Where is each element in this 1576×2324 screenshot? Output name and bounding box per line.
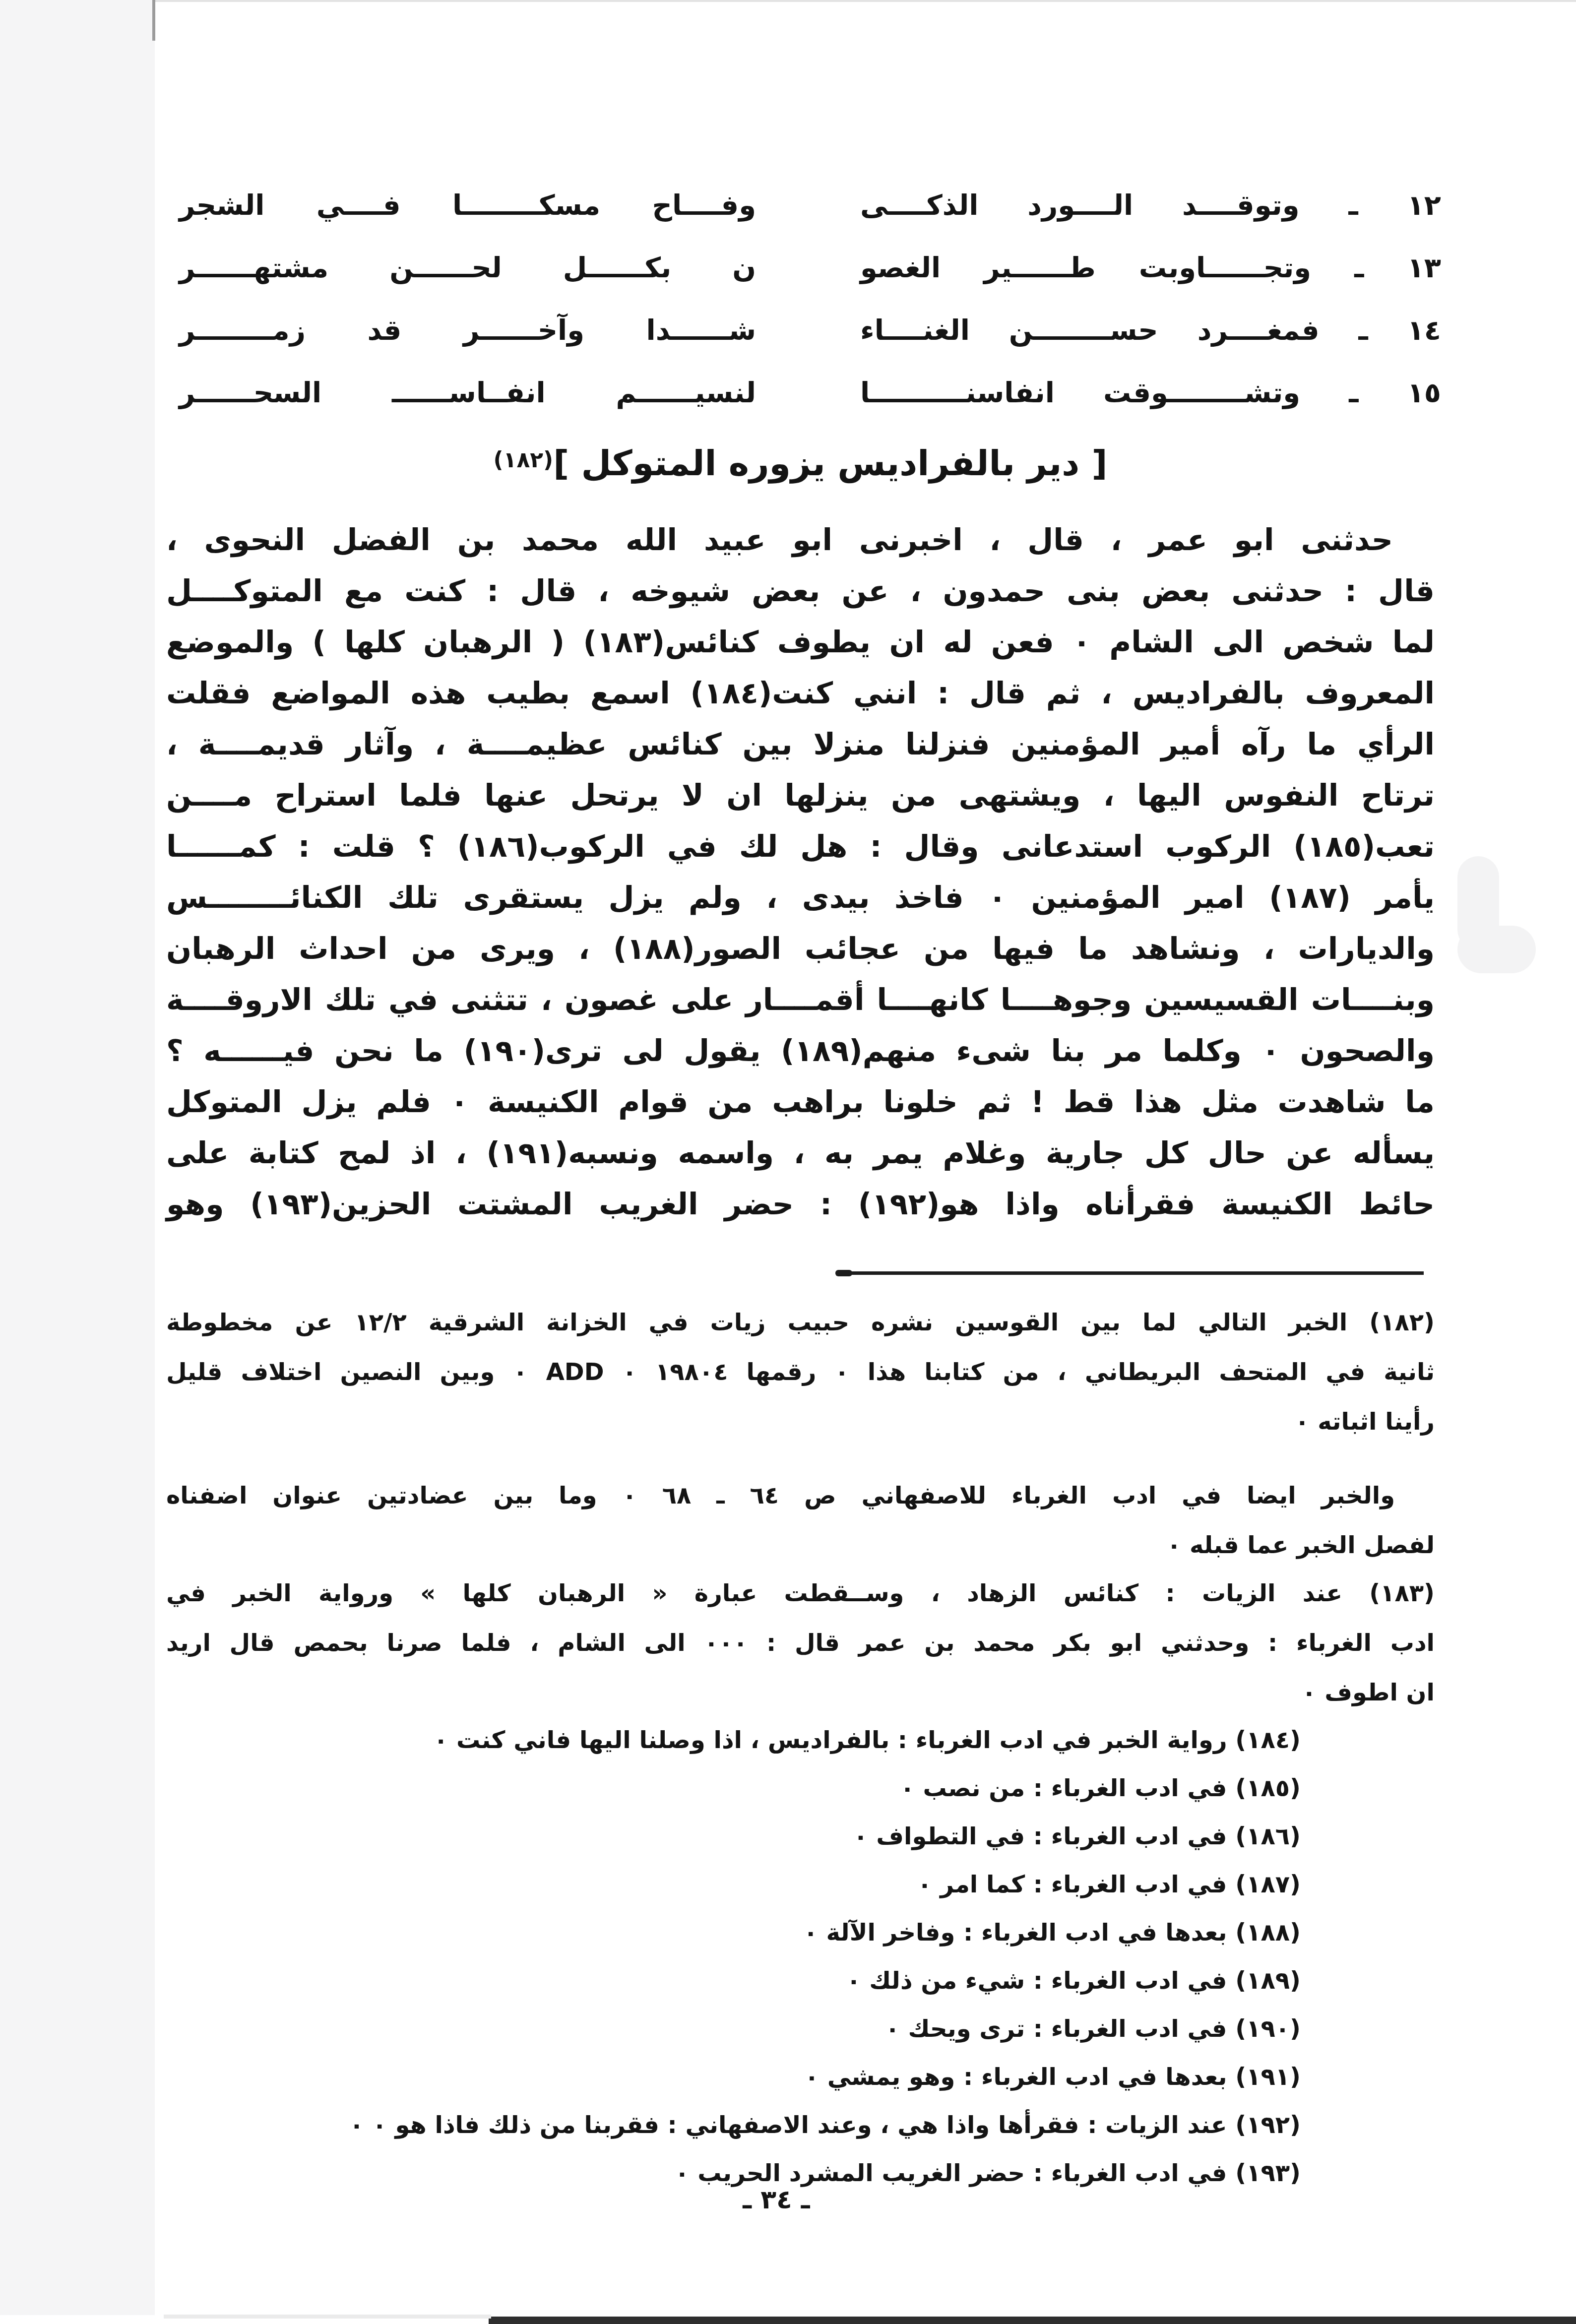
page-number: ـ ٣٤ ـ xyxy=(694,2184,858,2216)
bottom-scan-streak xyxy=(164,2315,491,2319)
prose-line: حائط الكنيسة فقرأناه واذا هو(١٩٢) : حضر … xyxy=(166,1179,1435,1230)
footnote-list: (١٨٤) رواية الخبر في ادب الغرباء : بالفر… xyxy=(166,1716,1435,2198)
hemistich-right: ١٣ ـ وتجــــــاوبت طــــــير الغصو xyxy=(860,237,1441,300)
footnote-divider-tip xyxy=(835,1270,852,1276)
scanned-book-page: { "colors": { "ink": "#141414", "paper":… xyxy=(0,0,1576,2324)
footnote-182: (١٨٢) الخبر التالي لما بين القوسين نشره … xyxy=(166,1298,1435,1446)
poem-block: ١٢ ـ وتوقــــد الــــورد الذكــــى وفـــ… xyxy=(166,175,1435,426)
footnote-item: (١٩٢) عند الزيات : فقرأها واذا هي ، وعند… xyxy=(166,2101,1435,2149)
footnote-item: (١٩٠) في ادب الغرباء : ترى ويحك ٠ xyxy=(166,2005,1435,2053)
footnote-item: (١٨٩) في ادب الغرباء : شيء من ذلك ٠ xyxy=(166,1957,1435,2005)
prose-line: حدثنى ابو عمر ، قال ، اخبرنى ابو عبيد ال… xyxy=(166,515,1435,566)
footnote-divider-rule xyxy=(838,1271,1424,1275)
hemistich-right: ١٥ ـ وتشــــــــوقت انفاسنــــــــــا xyxy=(860,362,1441,425)
prose-line: يسأله عن حال كل جارية وغلام يمر به ، واس… xyxy=(166,1128,1435,1179)
poem-verse-row: ١٣ ـ وتجــــــاوبت طــــــير الغصو ن بكـ… xyxy=(166,237,1435,300)
hemistich-left: وفــــاح مسكــــــــا فــــي الشجر xyxy=(179,175,756,237)
poem-verse-row: ١٥ ـ وتشــــــــوقت انفاسنــــــــــا لن… xyxy=(166,362,1435,425)
footnote-line: (١٨٣) عند الزيات : كنائس الزهاد ، وســقط… xyxy=(166,1569,1435,1618)
poem-verse-row: ١٤ ـ فمغــــرد حســــــــن الغنــــاء شـ… xyxy=(166,300,1435,362)
top-edge-hairline xyxy=(155,0,1576,2)
section-title-footnote-ref: (١٨٢) xyxy=(493,447,553,473)
prose-line: ترتاح النفوس اليها ، ويشتهى من ينزلها ان… xyxy=(166,770,1435,821)
footnote-183: (١٨٣) عند الزيات : كنائس الزهاد ، وســقط… xyxy=(166,1569,1435,1717)
prose-line: يأمر (١٨٧) امير المؤمنين ٠ فاخذ بيدى ، و… xyxy=(166,873,1435,924)
page-edge-tick-mark xyxy=(152,0,155,41)
footnote-line: والخبر ايضا في ادب الغرباء للاصفهاني ص ٦… xyxy=(166,1471,1435,1520)
section-title-text: [ دير بالفراديس يزوره المتوكل ] xyxy=(553,443,1107,484)
hemistich-left: شــــــدا وآخــــــر قد زمــــــــر xyxy=(179,300,756,362)
prose-line: وبنــــات القسيسين وجوهــــا كانهــــا أ… xyxy=(166,975,1435,1026)
footnote-item: (١٨٧) في ادب الغرباء : كما امر ٠ xyxy=(166,1861,1435,1909)
footnote-item: (١٨٦) في ادب الغرباء : في التطواف ٠ xyxy=(166,1813,1435,1861)
prose-line: الرأي ما رآه أمير المؤمنين فنزلنا منزلا … xyxy=(166,719,1435,770)
prose-line: تعب(١٨٥) الركوب استدعانى وقال : هل لك في… xyxy=(166,821,1435,873)
prose-line: ما شاهدت مثل هذا قط ! ثم خلونا براهب من … xyxy=(166,1077,1435,1128)
footnote-line: ثانية في المتحف البريطاني ، من كتابنا هذ… xyxy=(166,1347,1435,1397)
hemistich-left: لنسيــــــم انفــاســــــ السحــــــر xyxy=(179,362,756,425)
prose-line: قال : حدثنى بعض بنى حمدون ، عن بعض شيوخه… xyxy=(166,566,1435,617)
prose-line: لما شخص الى الشام ٠ فعن له ان يطوف كنائس… xyxy=(166,617,1435,668)
section-title: [ دير بالفراديس يزوره المتوكل ](١٨٢) xyxy=(166,431,1435,493)
footnote-line: (١٨٢) الخبر التالي لما بين القوسين نشره … xyxy=(166,1298,1435,1347)
footnote-item: (١٨٨) بعدها في ادب الغرباء : وفاخر الآلة… xyxy=(166,1909,1435,1957)
footnote-line: لفصل الخبر عما قبله ٠ xyxy=(166,1520,1435,1570)
hemistich-left: ن بكــــــل لحــــــن مشتهــــــر xyxy=(179,237,756,300)
footnote-item: (١٩١) بعدها في ادب الغرباء : وهو يمشي ٠ xyxy=(166,2053,1435,2101)
footnote-line: رأينا اثباته ٠ xyxy=(166,1397,1435,1446)
left-margin-shadow xyxy=(0,0,155,2315)
footnote-item: (١٨٤) رواية الخبر في ادب الغرباء : بالفر… xyxy=(166,1716,1435,1764)
hemistich-right: ١٢ ـ وتوقــــد الــــورد الذكــــى xyxy=(860,175,1441,237)
hemistich-right: ١٤ ـ فمغــــرد حســــــــن الغنــــاء xyxy=(860,300,1441,362)
footnote-182-continuation: والخبر ايضا في ادب الغرباء للاصفهاني ص ٦… xyxy=(166,1471,1435,1570)
footnote-line: ان اطوف ٠ xyxy=(166,1668,1435,1717)
poem-verse-row: ١٢ ـ وتوقــــد الــــورد الذكــــى وفـــ… xyxy=(166,175,1435,237)
prose-line: المعروف بالفراديس ، ثم قال : انني كنت(١٨… xyxy=(166,668,1435,719)
bottom-scan-bar xyxy=(489,2317,1576,2324)
prose-line: والديارات ، ونشاهد ما فيها من عجائب الصو… xyxy=(166,924,1435,975)
footnote-line: ادب الغرباء : وحدثني ابو بكر محمد بن عمر… xyxy=(166,1618,1435,1668)
prose-line: والصحون ٠ وكلما مر بنا شىء منهم(١٨٩) يقو… xyxy=(166,1026,1435,1077)
scan-artifact-blob xyxy=(1457,926,1536,973)
footnote-item: (١٨٥) في ادب الغرباء : من نصب ٠ xyxy=(166,1764,1435,1813)
prose-paragraph: حدثنى ابو عمر ، قال ، اخبرنى ابو عبيد ال… xyxy=(166,515,1435,1230)
